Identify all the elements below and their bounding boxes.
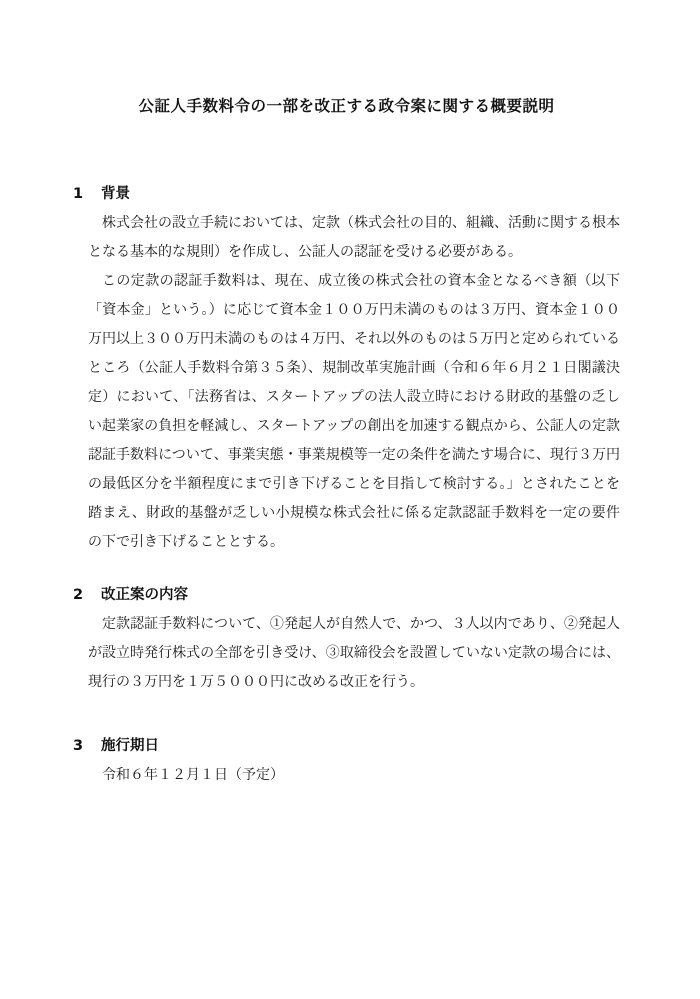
section-title: 施行期日 bbox=[101, 738, 159, 754]
section-effective-date: 3施行期日 令和６年１２月１日（予定） bbox=[73, 737, 620, 790]
section-number: 2 bbox=[73, 586, 101, 604]
document-page: 公証人手数料令の一部を改正する政令案に関する概要説明 1背景 株式会社の設立手続… bbox=[0, 0, 700, 999]
section-heading-amendment: 2改正案の内容 bbox=[73, 586, 620, 604]
paragraph-background-1: 株式会社の設立手続においては、定款（株式会社の目的、組織、活動に関する根本となる… bbox=[88, 209, 620, 267]
section-number: 1 bbox=[73, 185, 101, 203]
section-amendment-content: 2改正案の内容 定款認証手数料について、①発起人が自然人で、かつ、３人以内であり… bbox=[73, 586, 620, 697]
section-heading-effective-date: 3施行期日 bbox=[73, 737, 620, 755]
paragraph-amendment-1: 定款認証手数料について、①発起人が自然人で、かつ、３人以内であり、②発起人が設立… bbox=[88, 610, 620, 697]
section-number: 3 bbox=[73, 737, 101, 755]
paragraph-background-2: この定款の認証手数料は、現在、成立後の株式会社の資本金となるべき額（以下「資本金… bbox=[88, 267, 620, 557]
section-background: 1背景 株式会社の設立手続においては、定款（株式会社の目的、組織、活動に関する根… bbox=[73, 185, 620, 557]
section-title: 改正案の内容 bbox=[101, 587, 188, 603]
document-title: 公証人手数料令の一部を改正する政令案に関する概要説明 bbox=[73, 0, 620, 116]
section-heading-background: 1背景 bbox=[73, 185, 620, 203]
section-title: 背景 bbox=[101, 186, 130, 202]
paragraph-effective-date: 令和６年１２月１日（予定） bbox=[88, 761, 620, 790]
